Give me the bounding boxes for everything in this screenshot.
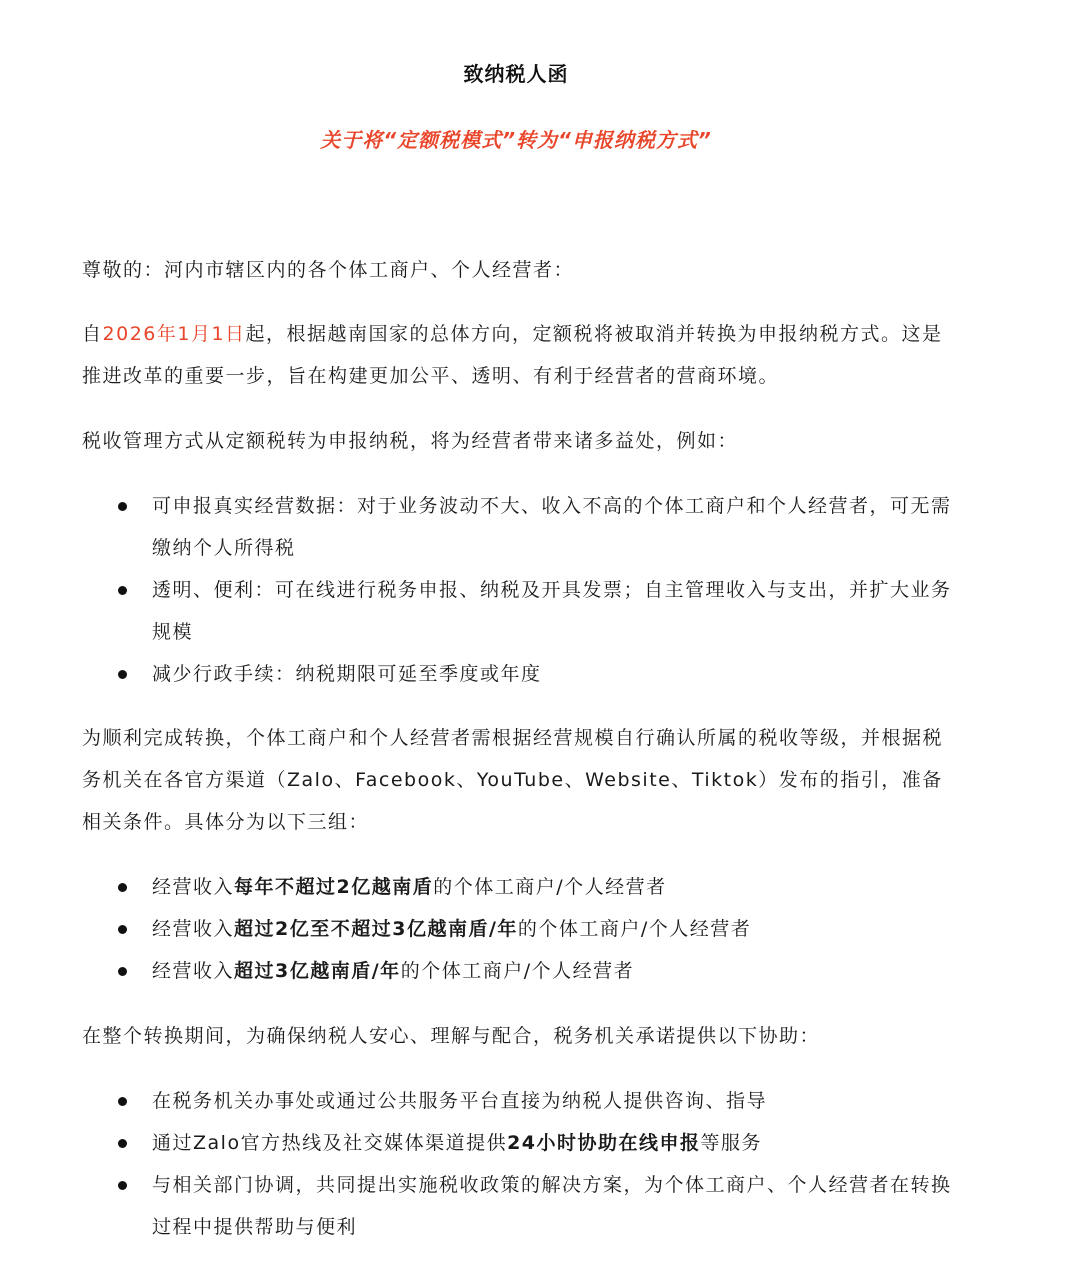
list-item: 可申报真实经营数据：对于业务波动不大、收入不高的个体工商户和个人经营者，可无需缴…: [82, 485, 962, 569]
group-threshold: 超过2亿至不超过3亿越南盾/年: [234, 918, 518, 940]
bullet-icon: [118, 1181, 127, 1190]
benefits-list: 可申报真实经营数据：对于业务波动不大、收入不高的个体工商户和个人经营者，可无需缴…: [82, 485, 962, 695]
groups-list: 经营收入每年不超过2亿越南盾的个体工商户/个人经营者 经营收入超过2亿至不超过3…: [82, 866, 962, 992]
list-item: 经营收入超过3亿越南盾/年的个体工商户/个人经营者: [82, 950, 962, 992]
group-suffix: 的个体工商户/个人经营者: [518, 918, 751, 940]
group-prefix: 经营收入: [152, 918, 234, 940]
effective-date: 2026年1月1日: [103, 323, 246, 345]
support-intro: 在整个转换期间，为确保纳税人安心、理解与配合，税务机关承诺提供以下协助：: [82, 1015, 962, 1057]
support-text: 在税务机关办事处或通过公共服务平台直接为纳税人提供咨询、指导: [152, 1090, 767, 1112]
bullet-icon: [118, 1097, 127, 1106]
greeting: 尊敬的：河内市辖区内的各个体工商户、个人经营者：: [82, 249, 962, 291]
list-item: 减少行政手续：纳税期限可延至季度或年度: [82, 653, 962, 695]
bullet-icon: [118, 925, 127, 934]
support-suffix: 等服务: [701, 1132, 763, 1154]
support-list: 在税务机关办事处或通过公共服务平台直接为纳税人提供咨询、指导 通过Zalo官方热…: [82, 1080, 962, 1248]
bullet-icon: [118, 502, 127, 511]
support-text: 与相关部门协调，共同提出实施税收政策的解决方案，为个体工商户、个人经营者在转换过…: [152, 1174, 952, 1238]
list-item: 通过Zalo官方热线及社交媒体渠道提供24小时协助在线申报等服务: [82, 1122, 962, 1164]
benefit-text: 可申报真实经营数据：对于业务波动不大、收入不高的个体工商户和个人经营者，可无需缴…: [152, 495, 952, 559]
group-suffix: 的个体工商户/个人经营者: [401, 960, 634, 982]
letter-title: 致纳税人函: [0, 58, 1032, 87]
benefits-intro: 税收管理方式从定额税转为申报纳税，将为经营者带来诸多益处，例如：: [82, 420, 962, 462]
bullet-icon: [118, 883, 127, 892]
intro-prefix: 自: [82, 323, 103, 345]
letter-subtitle: 关于将“定额税模式”转为“申报纳税方式”: [0, 124, 1032, 153]
list-item: 透明、便利：可在线进行税务申报、纳税及开具发票；自主管理收入与支出，并扩大业务规…: [82, 569, 962, 653]
intro-paragraph: 自2026年1月1日起，根据越南国家的总体方向，定额税将被取消并转换为申报纳税方…: [82, 313, 962, 397]
group-threshold: 超过3亿越南盾/年: [234, 960, 401, 982]
benefit-text: 透明、便利：可在线进行税务申报、纳税及开具发票；自主管理收入与支出，并扩大业务规…: [152, 579, 952, 643]
group-threshold: 每年不超过2亿越南盾: [234, 876, 433, 898]
bullet-icon: [118, 967, 127, 976]
support-text: 通过Zalo官方热线及社交媒体渠道提供: [152, 1132, 507, 1154]
list-item: 与相关部门协调，共同提出实施税收政策的解决方案，为个体工商户、个人经营者在转换过…: [82, 1164, 962, 1248]
list-item: 在税务机关办事处或通过公共服务平台直接为纳税人提供咨询、指导: [82, 1080, 962, 1122]
benefit-text: 减少行政手续：纳税期限可延至季度或年度: [152, 663, 542, 685]
bullet-icon: [118, 586, 127, 595]
list-item: 经营收入超过2亿至不超过3亿越南盾/年的个体工商户/个人经营者: [82, 908, 962, 950]
group-prefix: 经营收入: [152, 960, 234, 982]
bullet-icon: [118, 1139, 127, 1148]
groups-intro: 为顺利完成转换，个体工商户和个人经营者需根据经营规模自行确认所属的税收等级，并根…: [82, 717, 962, 843]
list-item: 经营收入每年不超过2亿越南盾的个体工商户/个人经营者: [82, 866, 962, 908]
letter-page: 致纳税人函 关于将“定额税模式”转为“申报纳税方式” 尊敬的：河内市辖区内的各个…: [0, 0, 1080, 1272]
group-suffix: 的个体工商户/个人经营者: [433, 876, 666, 898]
group-prefix: 经营收入: [152, 876, 234, 898]
bullet-icon: [118, 670, 127, 679]
support-bold: 24小时协助在线申报: [507, 1132, 700, 1154]
